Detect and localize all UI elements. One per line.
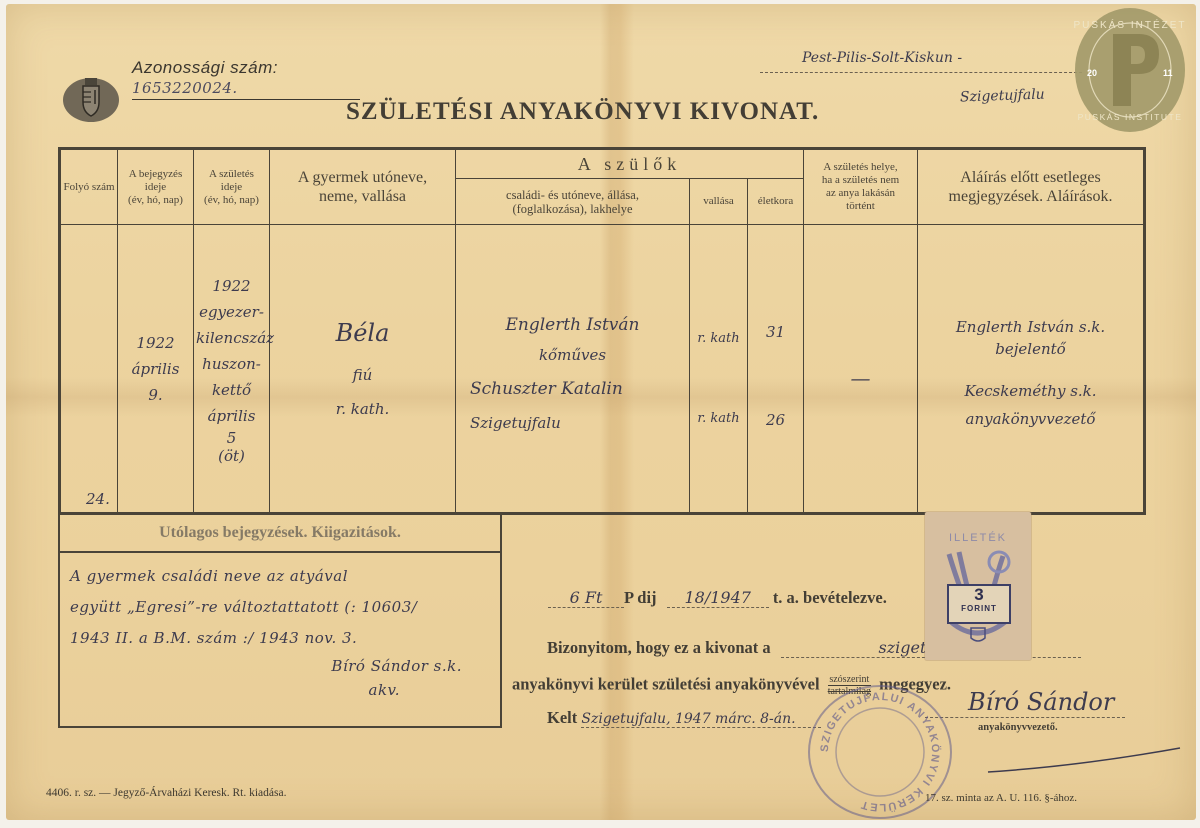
stamp-label: ILLETÉK [925, 532, 1031, 544]
mother-name: Schuszter Katalin [458, 376, 687, 402]
cell-gyermek: Béla fiú r. kath. [270, 225, 456, 514]
mother-age: 26 [750, 407, 801, 433]
father-occupation: kőműves [458, 342, 687, 368]
informant-label: bejelentő [920, 338, 1141, 360]
header-label: (év, hó, nap) [204, 194, 259, 206]
child-name: Béla [272, 316, 453, 350]
svg-text:PUSKÁS INTÉZET: PUSKÁS INTÉZET [1073, 18, 1186, 31]
county-line: Pest-Pilis-Solt-Kiskun - [760, 50, 1082, 73]
village-name: Szigetujfalu [960, 87, 1045, 106]
handwritten-text: (öt) [196, 447, 267, 465]
header-vallasa: vallása [690, 179, 748, 225]
cell-szuletes-ideje: 1922 egyezer- kilencszáz huszon- kettő á… [194, 225, 270, 514]
svg-text:20: 20 [1087, 68, 1097, 78]
handwritten-text: 1922 [120, 330, 191, 356]
header-label: A szülők [578, 154, 682, 174]
serial-number: 24. [86, 490, 110, 508]
mother-religion: r. kath [692, 406, 745, 432]
fee-reference: 18/1947 [667, 588, 769, 608]
fee-amount: 6 Ft [548, 588, 624, 608]
header-label: Folyó szám [63, 181, 114, 193]
identity-number-line: Azonossági szám: 1653220024. [132, 58, 360, 100]
registrar-signature: Bíró Sándor [968, 688, 1114, 716]
registrar-signature-row: Kecskeméthy s.k. [920, 380, 1141, 402]
handwritten-text: huszon- [196, 351, 267, 377]
father-name: Englerth István [458, 312, 687, 338]
header-label: A gyermek utóneve, [298, 169, 427, 186]
correction-signature-title: akv. [70, 678, 490, 702]
matching-text: anyakönyvi kerület születési anyakönyvév… [512, 674, 820, 693]
table-row: 1922 április 9. 1922 egyezer- kilencszáz… [60, 225, 1145, 514]
identity-number-value: 1653220024. [132, 79, 238, 97]
header-szuletes-ideje: A születés ideje (év, hó, nap) [194, 149, 270, 225]
header-label: családi- és utóneve, állása, [506, 188, 639, 202]
fee-label: P dij [624, 588, 657, 607]
handwritten-text: kettő [196, 377, 267, 403]
father-age: 31 [750, 319, 801, 345]
header-label: neme, vallása [319, 188, 406, 205]
fraction-top: szószerint [828, 674, 871, 686]
header-label: az anya lakásán [826, 187, 895, 199]
header-szuletes-helye: A születés helye, ha a születés nem az a… [804, 149, 918, 225]
correction-line: együtt „Egresi”-re változtattatott (: 10… [70, 592, 490, 623]
header-label: A bejegyzés [129, 168, 182, 180]
header-label: történt [846, 200, 875, 212]
county-name: Pest-Pilis-Solt-Kiskun - [802, 50, 962, 66]
registrar-label: anyakönyvvezető. [978, 722, 1058, 733]
header-gyermek: A gyermek utóneve, neme, vallása [270, 149, 456, 225]
father-religion: r. kath [692, 326, 745, 352]
child-religion: r. kath. [272, 396, 453, 422]
header-label: A születés [209, 168, 254, 180]
header-label: ha a születés nem [822, 174, 899, 186]
cell-bejegyzes-ideje: 1922 április 9. [118, 225, 194, 514]
kelt-value: Szigetujfalu, 1947 márc. 8-án. [581, 711, 821, 728]
svg-text:PUSKÁS INSTITUTE: PUSKÁS INSTITUTE [1078, 112, 1183, 122]
header-eletkora: életkora [748, 179, 804, 225]
fee-line: 6 FtP dij 18/1947 t. a. bevételezve. [548, 588, 887, 608]
header-label: A születés helye, [823, 161, 897, 173]
cell-eletkora: 31 26 [748, 225, 804, 514]
stamp-value-box: 3 FORINT [947, 584, 1011, 624]
svg-text:11: 11 [1163, 68, 1173, 78]
corrections-body: A gyermek családi neve az atyával együtt… [60, 553, 500, 702]
handwritten-text: április [120, 356, 191, 382]
header-szulok: A szülők [456, 149, 804, 179]
certify-text: Bizonyitom, hogy ez a kivonat a [547, 638, 771, 657]
registrar-label-row: anyakönyvvezető [920, 408, 1141, 430]
handwritten-text: április [196, 403, 267, 429]
handwritten-text: kilencszáz [196, 325, 267, 351]
child-sex: fiú [272, 362, 453, 388]
correction-signature: Bíró Sándor s.k. [70, 654, 490, 678]
header-szulok-nev: családi- és utóneve, állása, (foglalkozá… [456, 179, 690, 225]
header-label: (foglalkozása), lakhelye [512, 202, 632, 216]
signature-flourish [980, 740, 1190, 780]
identity-number-label: Azonossági szám: [132, 58, 278, 77]
birth-register-table: Folyó szám A bejegyzés ideje (év, hó, na… [58, 147, 1146, 515]
cell-szulok-nev: Englerth István kőműves Schuszter Katali… [456, 225, 690, 514]
header-folyo-szam: Folyó szám [60, 149, 118, 225]
header-label: Aláírás előtt esetleges [960, 169, 1100, 186]
handwritten-text: 9. [120, 382, 191, 408]
kelt-label: Kelt [547, 708, 577, 727]
handwritten-text: 5 [196, 429, 267, 447]
correction-line: A gyermek családi neve az atyával [70, 561, 490, 592]
handwritten-text: egyezer- [196, 299, 267, 325]
header-label: (év, hó, nap) [128, 194, 183, 206]
cell-megjegyzesek: Englerth István s.k. bejelentő Kecskemét… [918, 225, 1145, 514]
stamp-unit: FORINT [949, 604, 1009, 613]
cell-szuletes-helye: — [804, 225, 918, 514]
header-label: vallása [703, 195, 734, 207]
document-title: SZÜLETÉSI ANYAKÖNYVI KIVONAT. [346, 98, 819, 126]
header-bejegyzes-ideje: A bejegyzés ideje (év, hó, nap) [118, 149, 194, 225]
corrections-box: Utólagos bejegyzések. Kiigazitások. A gy… [58, 515, 502, 728]
header-label: ideje [145, 181, 166, 193]
handwritten-text: 1922 [196, 273, 267, 299]
header-label: életkora [758, 195, 793, 207]
coat-of-arms-icon [60, 72, 122, 124]
form-template-footer: 17. sz. minta az A. U. 116. §-ához. [925, 792, 1077, 804]
revenue-stamp: ILLETÉK 3 FORINT [925, 512, 1031, 660]
corrections-header: Utólagos bejegyzések. Kiigazitások. [60, 515, 500, 553]
fee-suffix: t. a. bevételezve. [773, 588, 887, 607]
stamp-amount: 3 [949, 586, 1009, 604]
birthplace-dash: — [806, 365, 915, 391]
registrar-signature-line [925, 717, 1125, 718]
header-label: megjegyzések. Aláírások. [949, 188, 1113, 205]
kelt-line: Kelt Szigetujfalu, 1947 márc. 8-án. [547, 708, 821, 728]
form-number-footer: 4406. r. sz. — Jegyző-Árvaházi Keresk. R… [46, 787, 286, 799]
puskas-institute-logo: PUSKÁS INTÉZET 20 11 PUSKÁS INSTITUTE [1073, 6, 1187, 134]
mother-residence: Szigetujfalu [458, 410, 687, 436]
informant-signature: Englerth István s.k. [920, 316, 1141, 338]
correction-line: 1943 II. a B.M. szám :/ 1943 nov. 3. [70, 623, 490, 654]
header-label: ideje [221, 181, 242, 193]
cell-folyo-szam [60, 225, 118, 514]
header-megjegyzesek: Aláírás előtt esetleges megjegyzések. Al… [918, 149, 1145, 225]
cell-vallasa: r. kath r. kath [690, 225, 748, 514]
